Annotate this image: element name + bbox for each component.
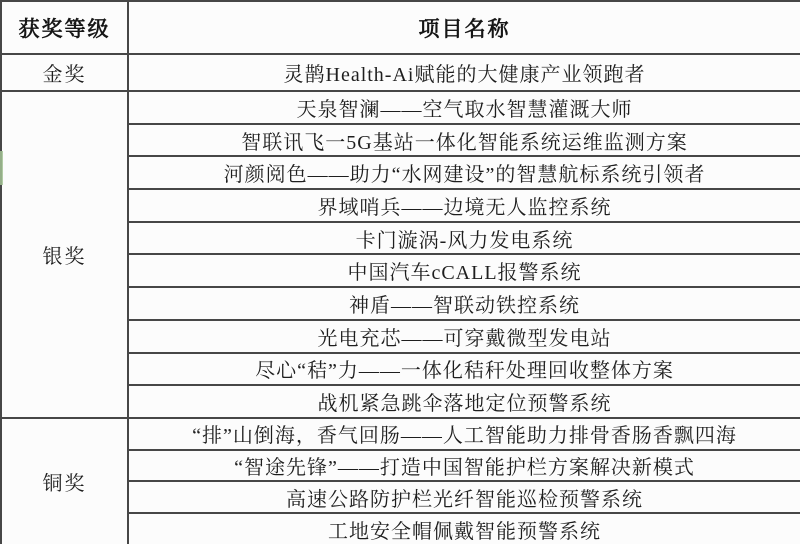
project-cell: 神盾——智联动铁控系统	[128, 287, 800, 320]
project-cell: “智途先锋”——打造中国智能护栏方案解决新模式	[128, 450, 800, 482]
award-cell-silver: 银奖	[1, 91, 128, 418]
table-row: 铜奖“排”山倒海，香气回肠——人工智能助力排骨香肠香飘四海	[1, 418, 800, 450]
header-award-level: 获奖等级	[1, 1, 128, 54]
project-cell: 尽心“秸”力——一体化秸秆处理回收整体方案	[128, 353, 800, 386]
awards-table-page: 获奖等级 项目名称 金奖灵鹊Health-Ai赋能的大健康产业领跑者银奖天泉智澜…	[0, 0, 800, 544]
awards-table: 获奖等级 项目名称 金奖灵鹊Health-Ai赋能的大健康产业领跑者银奖天泉智澜…	[0, 0, 800, 544]
project-cell: 智联讯飞一5G基站一体化智能系统运维监测方案	[128, 124, 800, 157]
project-cell: 天泉智澜——空气取水智慧灌溉大师	[128, 91, 800, 124]
award-cell-bronze: 铜奖	[1, 418, 128, 544]
table-row: 金奖灵鹊Health-Ai赋能的大健康产业领跑者	[1, 54, 800, 91]
project-cell: 工地安全帽佩戴智能预警系统	[128, 513, 800, 544]
project-cell: “排”山倒海，香气回肠——人工智能助力排骨香肠香飘四海	[128, 418, 800, 450]
project-cell: 高速公路防护栏光纤智能巡检预警系统	[128, 481, 800, 513]
table-row: 银奖天泉智澜——空气取水智慧灌溉大师	[1, 91, 800, 124]
project-cell: 光电充芯——可穿戴微型发电站	[128, 320, 800, 353]
header-project-name: 项目名称	[128, 1, 800, 54]
left-edge-artifact	[0, 151, 3, 185]
table-body: 金奖灵鹊Health-Ai赋能的大健康产业领跑者银奖天泉智澜——空气取水智慧灌溉…	[1, 54, 800, 544]
project-cell: 灵鹊Health-Ai赋能的大健康产业领跑者	[128, 54, 800, 91]
project-cell: 河颜阅色——助力“水网建设”的智慧航标系统引领者	[128, 156, 800, 189]
project-cell: 卡门漩涡-风力发电系统	[128, 222, 800, 255]
table-header-row: 获奖等级 项目名称	[1, 1, 800, 54]
project-cell: 中国汽车cCALL报警系统	[128, 254, 800, 287]
award-cell-gold: 金奖	[1, 54, 128, 91]
project-cell: 界域哨兵——边境无人监控系统	[128, 189, 800, 222]
project-cell: 战机紧急跳伞落地定位预警系统	[128, 385, 800, 418]
